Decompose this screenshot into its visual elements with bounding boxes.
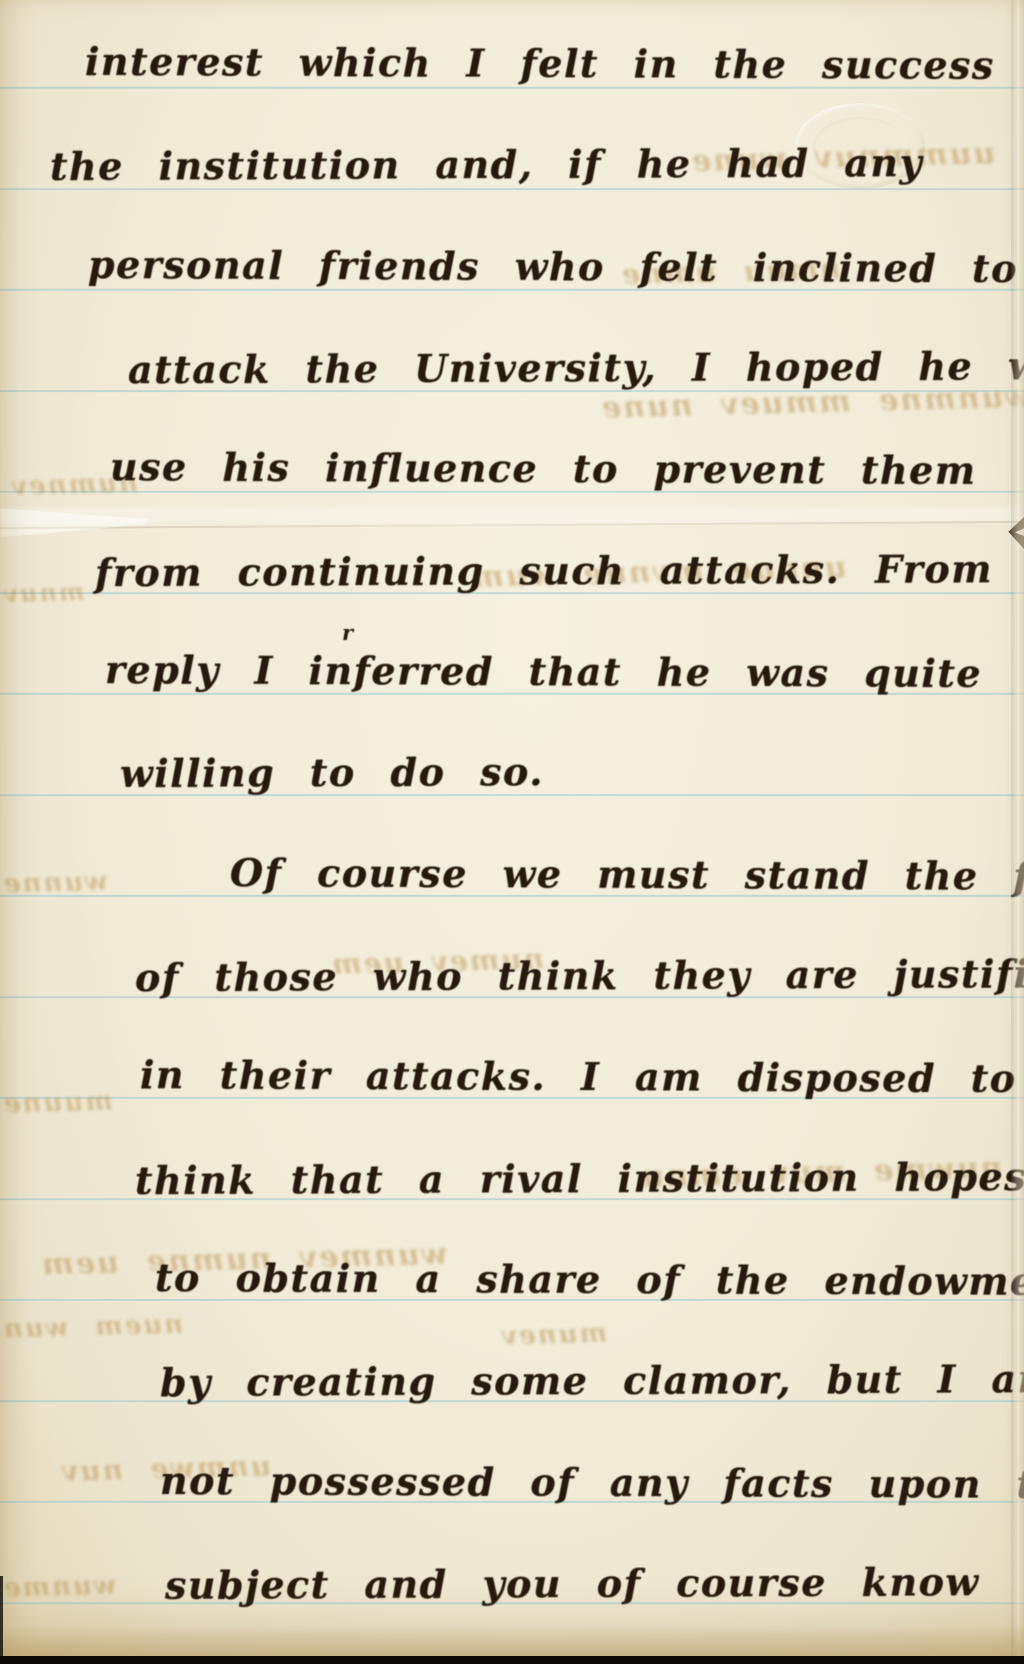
handwritten-line: from continuing such attacks. From his xyxy=(95,543,1024,599)
handwritten-line: willing to do so. xyxy=(120,746,544,800)
handwritten-line: attack the University, I hoped he would xyxy=(128,340,1024,396)
handwritten-line: by creating some clamor, but I am xyxy=(160,1353,1024,1409)
handwritten-line: to obtain a share of the endowment xyxy=(155,1252,1024,1308)
scan-bottom-border xyxy=(0,1656,1024,1664)
handwritten-line: interest which I felt in the success of xyxy=(85,36,1024,92)
handwritten-line: subject and you of course know xyxy=(165,1556,980,1612)
handwritten-line: think that a rival institution hopes xyxy=(135,1151,1024,1207)
handwritten-line: Of course we must stand the fire xyxy=(230,847,1024,903)
handwritten-line: the institution and, if he had any xyxy=(50,137,923,193)
handwritten-line: reply I inferred that he was quite xyxy=(105,644,982,700)
fold-crease-highlight xyxy=(0,508,1024,523)
bottom-edge-shading xyxy=(0,1626,1024,1656)
handwritten-line: personal friends who felt inclined to xyxy=(88,239,1018,295)
handwritten-line: use his influence to prevent them xyxy=(110,441,977,497)
letter-page: uummnuv wunenmuu umnewunmne mmuev nunenu… xyxy=(0,0,1024,1664)
page-right-edge xyxy=(1011,0,1024,1664)
handwritten-line: not possessed of any facts upon the xyxy=(160,1455,1024,1511)
handwritten-line: in their attacks. I am disposed to xyxy=(140,1049,1017,1105)
insertion-correction-mark: r xyxy=(342,620,353,645)
scan-left-border-sliver xyxy=(0,1576,3,1656)
handwritten-line: of those who think they are justified xyxy=(135,948,1024,1004)
